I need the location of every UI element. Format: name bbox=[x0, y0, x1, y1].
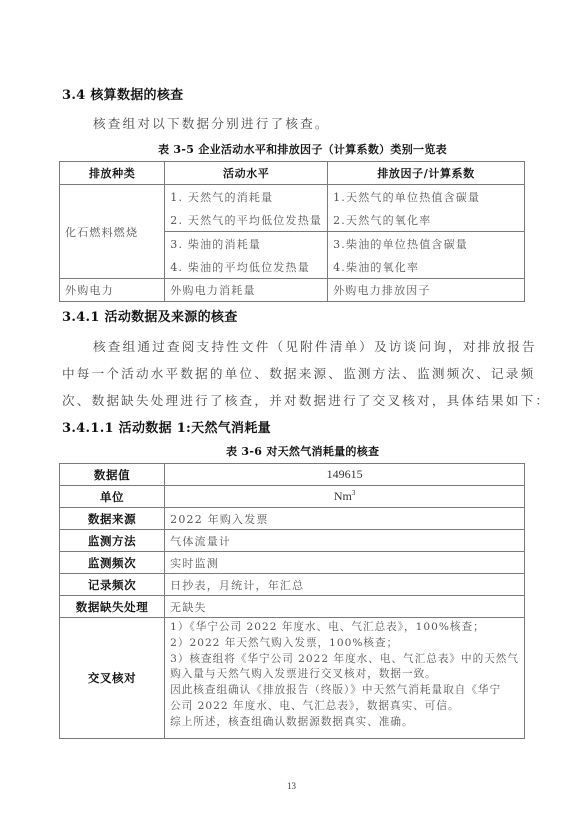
table-row: 外购电力 外购电力消耗量 外购电力排放因子 bbox=[60, 279, 525, 302]
data-value: 149615 bbox=[165, 464, 525, 486]
table-row-monitoring-method: 监测方法 气体流量计 bbox=[60, 530, 525, 552]
factor-cell: 外购电力排放因子 bbox=[328, 279, 525, 302]
emission-category-table: 排放种类 活动水平 排放因子/计算系数 化石燃料燃烧 1. 天然气的消耗量 1.… bbox=[59, 161, 525, 302]
row-label: 数据缺失处理 bbox=[60, 596, 165, 618]
activity-cell: 1. 天然气的消耗量 bbox=[165, 185, 328, 209]
row-label: 交叉核对 bbox=[60, 618, 165, 739]
table-3-6-caption: 表 3-6 对天然气消耗量的核查 bbox=[226, 443, 379, 459]
cross-check-line: 1）《华宁公司 2022 年度水、电、气汇总表》，100%核查； bbox=[170, 620, 519, 636]
factor-cell: 2.天然气的氧化率 bbox=[328, 208, 525, 232]
category-purchased-electricity: 外购电力 bbox=[60, 279, 165, 302]
unit-value: Nm3 bbox=[165, 486, 525, 508]
table-row-record-frequency: 记录频次 日抄表，月统计，年汇总 bbox=[60, 574, 525, 596]
table-row-monitoring-frequency: 监测频次 实时监测 bbox=[60, 552, 525, 574]
header-emission-type: 排放种类 bbox=[60, 162, 165, 185]
unit-text: Nm bbox=[334, 489, 352, 503]
section-heading-3-4: 3.4 核算数据的核查 bbox=[62, 84, 183, 103]
activity-cell: 2. 天然气的平均低位发热量 bbox=[165, 208, 328, 232]
cross-check-line: 综上所述，核查组确认数据源数据真实、准确。 bbox=[170, 715, 519, 731]
monitoring-frequency-value: 实时监测 bbox=[165, 552, 525, 574]
cross-check-line: 因此核查组确认《排放报告（终版）》中天然气消耗量取自《华宁 bbox=[170, 683, 519, 699]
row-label: 单位 bbox=[60, 486, 165, 508]
paragraph-line-3: 次、数据缺失处理进行了核查，并对数据进行了交叉核对，具体结果如下： bbox=[62, 390, 550, 409]
cross-check-value: 1）《华宁公司 2022 年度水、电、气汇总表》，100%核查； 2）2022 … bbox=[165, 618, 525, 739]
cross-check-line: 2）2022 年天然气购入发票，100%核查； bbox=[170, 636, 519, 652]
table-row-data-value: 数据值 149615 bbox=[60, 464, 525, 486]
header-activity-level: 活动水平 bbox=[165, 162, 328, 185]
row-label: 数据来源 bbox=[60, 508, 165, 530]
row-label: 监测方法 bbox=[60, 530, 165, 552]
table-3-5-caption: 表 3-5 企业活动水平和排放因子（计算系数）类别一览表 bbox=[158, 141, 447, 157]
table-row: 化石燃料燃烧 1. 天然气的消耗量 1.天然气的单位热值含碳量 bbox=[60, 185, 525, 209]
intro-paragraph: 核查组对以下数据分别进行了核查。 bbox=[93, 113, 330, 132]
category-fossil-fuel: 化石燃料燃烧 bbox=[60, 185, 165, 279]
factor-cell: 3.柴油的单位热值含碳量 bbox=[328, 232, 525, 256]
activity-cell: 4. 柴油的平均低位发热量 bbox=[165, 255, 328, 279]
table-header-row: 排放种类 活动水平 排放因子/计算系数 bbox=[60, 162, 525, 185]
paragraph-line-1: 核查组通过查阅支持性文件（见附件清单）及访谈问询，对排放报告 bbox=[93, 336, 537, 355]
factor-cell: 4.柴油的氧化率 bbox=[328, 255, 525, 279]
unit-superscript: 3 bbox=[352, 489, 356, 497]
missing-data-value: 无缺失 bbox=[165, 596, 525, 618]
activity-cell: 3. 柴油的消耗量 bbox=[165, 232, 328, 256]
factor-cell: 1.天然气的单位热值含碳量 bbox=[328, 185, 525, 209]
paragraph-line-2: 中每一个活动水平数据的单位、数据来源、监测方法、监测频次、记录频 bbox=[62, 363, 535, 382]
header-emission-factor: 排放因子/计算系数 bbox=[328, 162, 525, 185]
section-heading-3-4-1-1: 3.4.1.1 活动数据 1:天然气消耗量 bbox=[62, 417, 271, 436]
cross-check-line: 购入量与天然气购入发票进行交叉核对，数据一致。 bbox=[170, 667, 519, 683]
data-source-value: 2022 年购入发票 bbox=[165, 508, 525, 530]
cross-check-line: 公司 2022 年度水、电、气汇总表》，数据真实、可信。 bbox=[170, 699, 519, 715]
table-row-unit: 单位 Nm3 bbox=[60, 486, 525, 508]
cross-check-line: 3）核查组将《华宁公司 2022 年度水、电、气汇总表》中的天然气 bbox=[170, 652, 519, 668]
section-heading-3-4-1: 3.4.1 活动数据及来源的核查 bbox=[62, 306, 238, 325]
monitoring-method-value: 气体流量计 bbox=[165, 530, 525, 552]
activity-cell: 外购电力消耗量 bbox=[165, 279, 328, 302]
table-row-cross-check: 交叉核对 1）《华宁公司 2022 年度水、电、气汇总表》，100%核查； 2）… bbox=[60, 618, 525, 739]
row-label: 记录频次 bbox=[60, 574, 165, 596]
row-label: 监测频次 bbox=[60, 552, 165, 574]
table-row-missing-data: 数据缺失处理 无缺失 bbox=[60, 596, 525, 618]
table-row-data-source: 数据来源 2022 年购入发票 bbox=[60, 508, 525, 530]
record-frequency-value: 日抄表，月统计，年汇总 bbox=[165, 574, 525, 596]
row-label: 数据值 bbox=[60, 464, 165, 486]
natural-gas-verification-table: 数据值 149615 单位 Nm3 数据来源 2022 年购入发票 监测方法 气… bbox=[59, 463, 525, 739]
page-number: 13 bbox=[287, 781, 296, 791]
